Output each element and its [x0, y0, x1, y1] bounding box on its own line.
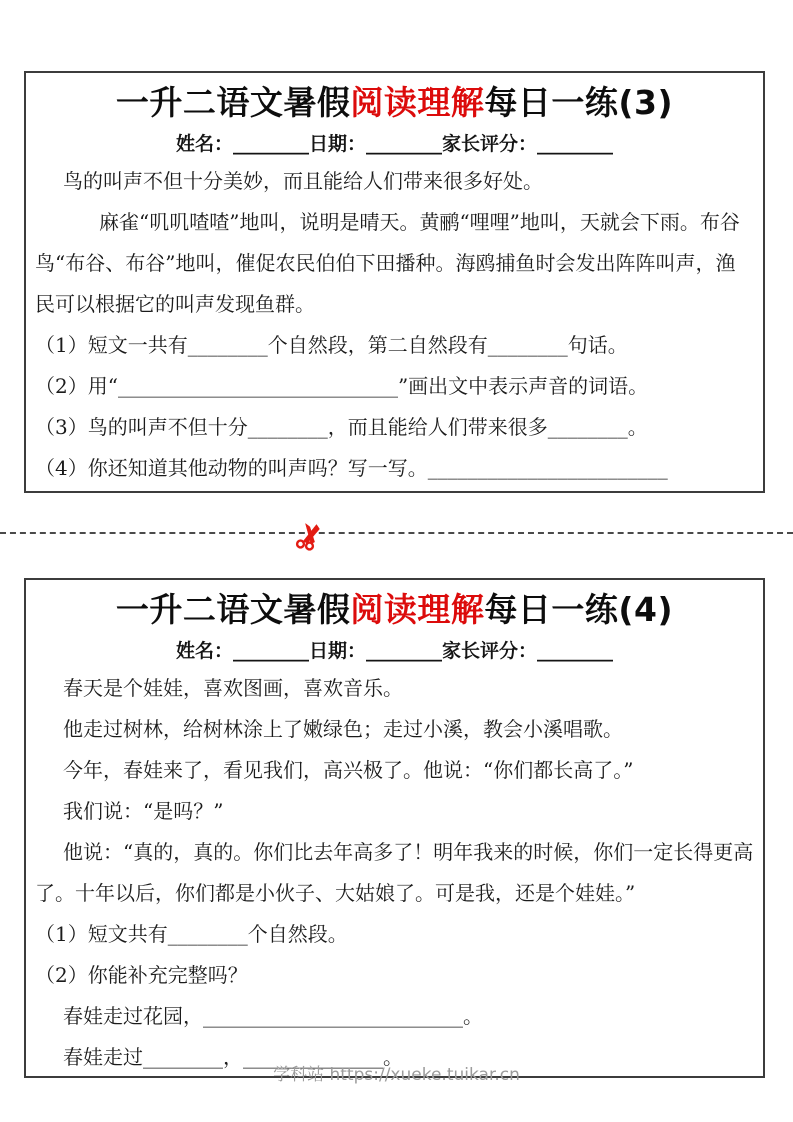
passage-paragraph: 我们说：“是吗？” — [35, 791, 754, 832]
title-suffix: 每日一练(4) — [484, 590, 673, 629]
question-2: （2）用“____________________________”画出文中表示… — [35, 366, 754, 407]
student-info-line: 姓名：________日期：________家长评分：________ — [35, 634, 754, 668]
question-2-fill-in-a: 春娃走过花园，__________________________。 — [35, 996, 754, 1037]
worksheet-4-title: 一升二语文暑假阅读理解每日一练(4) — [35, 586, 754, 634]
title-suffix: 每日一练(3) — [484, 83, 673, 122]
worksheet-3-title: 一升二语文暑假阅读理解每日一练(3) — [35, 79, 754, 127]
passage-paragraph: 今年，春娃来了，看见我们，高兴极了。他说：“你们都长高了。” — [35, 750, 754, 791]
title-highlight: 阅读理解 — [350, 83, 484, 122]
cut-line — [0, 532, 793, 534]
site-watermark: 学科站 https://xueke.tuikar.cn — [273, 1064, 520, 1086]
title-prefix: 一升二语文暑假 — [116, 590, 351, 629]
worksheet-card-3: 一升二语文暑假阅读理解每日一练(3) 姓名：________日期：_______… — [24, 71, 765, 493]
passage-paragraph: 他说：“真的，真的。你们比去年高多了！明年我来的时候，你们一定长得更高了。十年以… — [35, 832, 754, 914]
student-info-line: 姓名：________日期：________家长评分：________ — [35, 127, 754, 161]
scissors-icon — [293, 519, 323, 551]
question-4: （4）你还知道其他动物的叫声吗？写一写。____________________… — [35, 448, 754, 489]
passage-paragraph: 他走过树林，给树林涂上了嫩绿色；走过小溪，教会小溪唱歌。 — [35, 709, 754, 750]
title-prefix: 一升二语文暑假 — [116, 83, 351, 122]
worksheet-card-4: 一升二语文暑假阅读理解每日一练(4) 姓名：________日期：_______… — [24, 578, 765, 1078]
worksheet-page: 一升二语文暑假阅读理解每日一练(3) 姓名：________日期：_______… — [0, 0, 793, 1122]
passage-paragraph: 鸟的叫声不但十分美妙，而且能给人们带来很多好处。 — [35, 161, 754, 202]
question-1: （1）短文一共有________个自然段，第二自然段有________句话。 — [35, 325, 754, 366]
question-1: （1）短文共有________个自然段。 — [35, 914, 754, 955]
question-3: （3）鸟的叫声不但十分________，而且能给人们带来很多________。 — [35, 407, 754, 448]
passage-paragraph: 麻雀“叽叽喳喳”地叫，说明是晴天。黄鹂“哩哩”地叫，天就会下雨。布谷鸟“布谷、布… — [35, 202, 754, 325]
title-highlight: 阅读理解 — [350, 590, 484, 629]
passage-paragraph: 春天是个娃娃，喜欢图画，喜欢音乐。 — [35, 668, 754, 709]
question-2: （2）你能补充完整吗？ — [35, 955, 754, 996]
